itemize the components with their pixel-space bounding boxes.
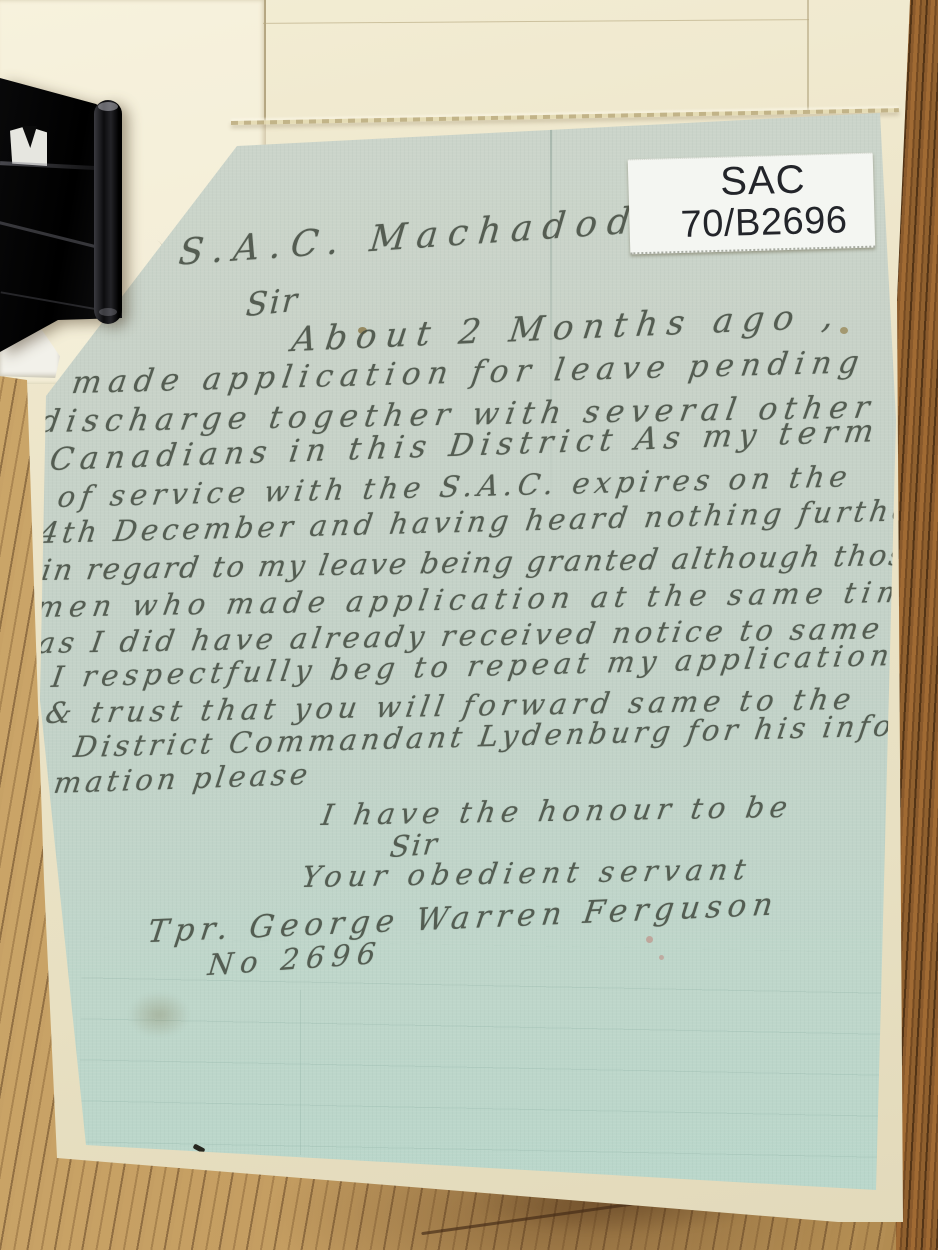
binder-clip-handle-bar: [94, 100, 122, 324]
faint-vertical-rule: [300, 990, 301, 1155]
handwriting-line: I have the honour to be: [319, 790, 795, 832]
faint-ruled-lines: [78, 937, 882, 1172]
folder-crease: [263, 19, 809, 24]
paper-stain: [659, 955, 664, 960]
binder-clip: [0, 0, 180, 380]
folder-fold-line: [807, 0, 809, 110]
wooden-table-right-edge: [896, 0, 938, 1250]
label-line-2: 70/B2696: [653, 198, 875, 248]
folder-fold-line: [264, 0, 266, 124]
photo-stage: C. S.A.C. Machadodorp Sir About 2 Months…: [0, 0, 938, 1250]
clip-highlight: [98, 102, 118, 111]
paper-stain: [646, 936, 653, 943]
archive-reference-label: SAC 70/B2696: [628, 153, 876, 255]
handwriting-line: Your obedient servant: [299, 852, 754, 894]
handwriting-line: Sir: [245, 280, 301, 324]
paper-stain: [128, 992, 190, 1038]
handwriting-line: Tpr. George Warren Ferguson: [146, 886, 781, 950]
paper-stain: [840, 327, 848, 334]
clip-highlight: [99, 308, 117, 316]
